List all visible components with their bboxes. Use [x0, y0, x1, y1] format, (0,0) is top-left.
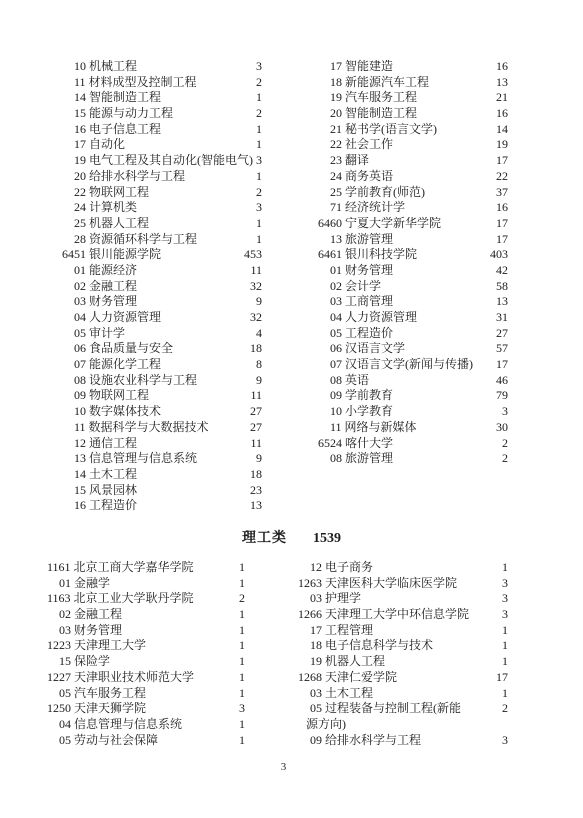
entry-label: 11 数据科学与大数据技术	[74, 420, 247, 436]
entry-label: 22 社会工作	[330, 137, 493, 153]
entry-count: 27	[250, 404, 262, 420]
major-row: 08 设施农业科学与工程9	[62, 373, 262, 389]
entry-count: 1	[502, 638, 508, 654]
entry-label: 07 能源化学工程	[74, 357, 253, 373]
school-row: 1161 北京工商大学嘉华学院1	[47, 560, 245, 576]
major-row: 01 能源经济11	[62, 263, 262, 279]
entry-label: 02 金融工程	[59, 607, 236, 623]
major-row: 25 机器人工程1	[62, 216, 262, 232]
entry-label: 06 汉语言文学	[330, 341, 493, 357]
entry-label: 03 财务管理	[74, 294, 253, 310]
entry-count: 32	[250, 310, 262, 326]
entry-label: 03 财务管理	[59, 623, 236, 639]
entry-count: 1	[256, 122, 262, 138]
entry-count: 27	[496, 326, 508, 342]
entry-label: 19 汽车服务工程	[330, 90, 493, 106]
entry-count: 2	[256, 106, 262, 122]
entry-label: 16 电子信息工程	[74, 122, 253, 138]
major-row: 13 信息管理与信息系统9	[62, 451, 262, 467]
major-row: 10 机械工程3	[62, 59, 262, 75]
major-row: 15 风景园林23	[62, 483, 262, 499]
entry-count: 1	[256, 137, 262, 153]
entry-label: 11 网络与新媒体	[330, 420, 493, 436]
entry-count: 1	[239, 560, 245, 576]
entry-label: 13 信息管理与信息系统	[74, 451, 253, 467]
document-page: 10 机械工程311 材料成型及控制工程214 智能制造工程115 能源与动力工…	[0, 0, 583, 818]
entry-count: 3	[502, 576, 508, 592]
entry-label: 05 过程装备与控制工程(新能	[310, 701, 499, 717]
entry-count: 1	[256, 90, 262, 106]
entry-label: 20 智能制造工程	[330, 106, 493, 122]
entry-count: 57	[496, 341, 508, 357]
entry-count: 58	[496, 279, 508, 295]
entry-count: 9	[256, 373, 262, 389]
major-row: 03 土木工程1	[298, 686, 508, 702]
section-header: 理工类1539	[0, 531, 583, 547]
major-row: 02 金融工程1	[47, 607, 245, 623]
major-row: 71 经济统计学16	[318, 200, 508, 216]
entry-label: 25 学前教育(师范)	[330, 185, 493, 201]
wrapped-line-row: 源方向)	[298, 717, 508, 733]
entry-label: 1161 北京工商大学嘉华学院	[47, 560, 236, 576]
entry-count: 3	[502, 404, 508, 420]
entry-label: 14 智能制造工程	[74, 90, 253, 106]
entry-label: 01 财务管理	[330, 263, 493, 279]
entry-count: 3	[502, 733, 508, 749]
entry-label: 18 电子信息科学与技术	[310, 638, 499, 654]
entry-count: 3	[502, 591, 508, 607]
entry-label: 05 汽车服务工程	[59, 686, 236, 702]
entry-count: 13	[496, 75, 508, 91]
entry-label: 03 护理学	[310, 591, 499, 607]
entry-label: 05 工程造价	[330, 326, 493, 342]
entry-count: 19	[496, 137, 508, 153]
entry-label: 07 汉语言文学(新闻与传播)	[330, 357, 493, 373]
entry-label: 18 新能源汽车工程	[330, 75, 493, 91]
entry-count: 17	[496, 153, 508, 169]
entry-count: 2	[502, 701, 508, 717]
entry-count: 1	[239, 623, 245, 639]
entry-count: 17	[496, 232, 508, 248]
major-row: 24 计算机类3	[62, 200, 262, 216]
entry-count: 37	[496, 185, 508, 201]
major-row: 17 智能建造16	[318, 59, 508, 75]
entry-label: 03 土木工程	[310, 686, 499, 702]
entry-label: 24 计算机类	[74, 200, 253, 216]
entry-count: 453	[244, 247, 262, 263]
major-row: 16 工程造价13	[62, 498, 262, 514]
entry-count: 21	[496, 90, 508, 106]
major-row: 02 会计学58	[318, 279, 508, 295]
entry-label: 12 电子商务	[310, 560, 499, 576]
major-row: 03 财务管理9	[62, 294, 262, 310]
entry-count: 22	[496, 169, 508, 185]
entry-count: 9	[256, 294, 262, 310]
entry-label: 20 给排水科学与工程	[74, 169, 253, 185]
entry-count: 13	[250, 498, 262, 514]
entry-label: 12 通信工程	[74, 436, 247, 452]
entry-count: 1	[239, 654, 245, 670]
entry-count: 30	[496, 420, 508, 436]
major-row: 14 智能制造工程1	[62, 90, 262, 106]
entry-count: 23	[250, 483, 262, 499]
major-row: 22 物联网工程2	[62, 185, 262, 201]
major-row: 12 电子商务1	[298, 560, 508, 576]
major-row: 06 汉语言文学57	[318, 341, 508, 357]
entry-label: 04 人力资源管理	[74, 310, 247, 326]
school-row: 6461 银川科技学院403	[318, 247, 508, 263]
entry-label: 02 金融工程	[74, 279, 247, 295]
entry-count: 13	[496, 294, 508, 310]
major-row: 25 学前教育(师范)37	[318, 185, 508, 201]
major-row: 03 护理学3	[298, 591, 508, 607]
entry-count: 1	[502, 686, 508, 702]
entry-count: 3	[256, 153, 262, 169]
entry-count: 1	[502, 560, 508, 576]
entry-count: 27	[250, 420, 262, 436]
major-row: 11 材料成型及控制工程2	[62, 75, 262, 91]
entry-label: 6461 银川科技学院	[318, 247, 487, 263]
entry-count: 3	[256, 200, 262, 216]
major-row: 20 智能制造工程16	[318, 106, 508, 122]
entry-label: 16 工程造价	[74, 498, 247, 514]
entry-count: 1	[256, 216, 262, 232]
major-row: 05 审计学4	[62, 326, 262, 342]
school-row: 1268 天津仁爱学院17	[298, 670, 508, 686]
entry-label: 6460 宁夏大学新华学院	[318, 216, 493, 232]
entry-count: 14	[496, 122, 508, 138]
entry-count: 9	[256, 451, 262, 467]
entry-count: 1	[239, 670, 245, 686]
entry-label: 17 工程管理	[310, 623, 499, 639]
major-row: 01 金融学1	[47, 576, 245, 592]
major-row: 18 电子信息科学与技术1	[298, 638, 508, 654]
school-row: 1163 北京工业大学耿丹学院2	[47, 591, 245, 607]
entry-label: 08 旅游管理	[330, 451, 499, 467]
entry-count: 1	[239, 638, 245, 654]
entry-label: 源方向)	[306, 717, 505, 733]
major-row: 04 人力资源管理32	[62, 310, 262, 326]
major-row: 18 新能源汽车工程13	[318, 75, 508, 91]
entry-count: 2	[256, 75, 262, 91]
major-row: 21 秘书学(语言文学)14	[318, 122, 508, 138]
major-row: 28 资源循环科学与工程1	[62, 232, 262, 248]
major-row: 03 财务管理1	[47, 623, 245, 639]
entry-label: 14 土木工程	[74, 467, 247, 483]
entry-count: 1	[239, 686, 245, 702]
major-row: 10 数字媒体技术27	[62, 404, 262, 420]
entry-label: 09 给排水科学与工程	[310, 733, 499, 749]
entry-label: 10 小学教育	[330, 404, 499, 420]
major-row: 02 金融工程32	[62, 279, 262, 295]
entry-count: 16	[496, 59, 508, 75]
entry-label: 01 金融学	[59, 576, 236, 592]
entry-label: 6524 喀什大学	[318, 436, 499, 452]
entry-count: 31	[496, 310, 508, 326]
entry-label: 25 机器人工程	[74, 216, 253, 232]
major-row: 19 电气工程及其自动化(智能电气)3	[62, 153, 262, 169]
entry-label: 17 智能建造	[330, 59, 493, 75]
major-row: 15 保险学1	[47, 654, 245, 670]
major-row: 19 汽车服务工程21	[318, 90, 508, 106]
major-row: 07 能源化学工程8	[62, 357, 262, 373]
school-row: 6460 宁夏大学新华学院17	[318, 216, 508, 232]
entry-count: 1	[502, 623, 508, 639]
entry-label: 1227 天津职业技术师范大学	[47, 670, 236, 686]
entry-count: 17	[496, 357, 508, 373]
entry-label: 10 机械工程	[74, 59, 253, 75]
entry-label: 19 机器人工程	[310, 654, 499, 670]
section-title: 理工类	[242, 531, 287, 546]
entry-count: 11	[250, 263, 262, 279]
entry-count: 2	[502, 436, 508, 452]
entry-label: 1250 天津天狮学院	[47, 701, 236, 717]
entry-count: 3	[239, 701, 245, 717]
major-row: 05 工程造价27	[318, 326, 508, 342]
school-row: 6524 喀什大学2	[318, 436, 508, 452]
entry-label: 06 食品质量与安全	[74, 341, 247, 357]
major-row: 11 网络与新媒体30	[318, 420, 508, 436]
school-row: 1263 天津医科大学临床医学院3	[298, 576, 508, 592]
entry-label: 1268 天津仁爱学院	[298, 670, 493, 686]
section-total-count: 1539	[313, 531, 341, 546]
entry-count: 79	[496, 388, 508, 404]
entry-count: 1	[256, 169, 262, 185]
entry-count: 16	[496, 200, 508, 216]
entry-count: 3	[256, 59, 262, 75]
entry-count: 1	[502, 654, 508, 670]
entry-label: 24 商务英语	[330, 169, 493, 185]
major-row: 01 财务管理42	[318, 263, 508, 279]
major-row: 09 学前教育79	[318, 388, 508, 404]
top-section-left-column: 10 机械工程311 材料成型及控制工程214 智能制造工程115 能源与动力工…	[62, 59, 262, 514]
major-row: 10 小学教育3	[318, 404, 508, 420]
major-row: 09 物联网工程11	[62, 388, 262, 404]
entry-count: 1	[239, 576, 245, 592]
major-row: 04 人力资源管理31	[318, 310, 508, 326]
major-row: 24 商务英语22	[318, 169, 508, 185]
major-row: 17 工程管理1	[298, 623, 508, 639]
major-row: 08 英语46	[318, 373, 508, 389]
major-row: 16 电子信息工程1	[62, 122, 262, 138]
major-row: 06 食品质量与安全18	[62, 341, 262, 357]
entry-label: 15 保险学	[59, 654, 236, 670]
entry-label: 1223 天津理工大学	[47, 638, 236, 654]
major-row: 04 信息管理与信息系统1	[47, 717, 245, 733]
entry-count: 1	[256, 232, 262, 248]
major-row: 14 土木工程18	[62, 467, 262, 483]
entry-count: 8	[256, 357, 262, 373]
entry-label: 1266 天津理工大学中环信息学院	[298, 607, 499, 623]
entry-label: 6451 银川能源学院	[62, 247, 241, 263]
major-row: 05 劳动与社会保障1	[47, 733, 245, 749]
entry-label: 1263 天津医科大学临床医学院	[298, 576, 499, 592]
entry-label: 71 经济统计学	[330, 200, 493, 216]
entry-count: 1	[239, 607, 245, 623]
page-number: 3	[0, 761, 567, 773]
entry-label: 09 物联网工程	[74, 388, 247, 404]
school-row: 6451 银川能源学院453	[62, 247, 262, 263]
major-row: 15 能源与动力工程2	[62, 106, 262, 122]
entry-label: 23 翻译	[330, 153, 493, 169]
entry-label: 13 旅游管理	[330, 232, 493, 248]
major-row: 07 汉语言文学(新闻与传播)17	[318, 357, 508, 373]
major-row: 03 工商管理13	[318, 294, 508, 310]
major-row: 11 数据科学与大数据技术27	[62, 420, 262, 436]
entry-label: 17 自动化	[74, 137, 253, 153]
entry-count: 18	[250, 341, 262, 357]
entry-count: 18	[250, 467, 262, 483]
major-row: 12 通信工程11	[62, 436, 262, 452]
entry-count: 16	[496, 106, 508, 122]
major-row: 08 旅游管理2	[318, 451, 508, 467]
entry-count: 3	[502, 607, 508, 623]
major-row: 09 给排水科学与工程3	[298, 733, 508, 749]
entry-count: 403	[490, 247, 508, 263]
major-row: 22 社会工作19	[318, 137, 508, 153]
entry-label: 08 英语	[330, 373, 493, 389]
entry-count: 1	[239, 733, 245, 749]
entry-label: 15 能源与动力工程	[74, 106, 253, 122]
entry-count: 42	[496, 263, 508, 279]
entry-count: 1	[239, 717, 245, 733]
major-row: 05 过程装备与控制工程(新能2	[298, 701, 508, 717]
school-row: 1227 天津职业技术师范大学1	[47, 670, 245, 686]
entry-label: 21 秘书学(语言文学)	[330, 122, 493, 138]
entry-label: 04 人力资源管理	[330, 310, 493, 326]
entry-count: 11	[250, 388, 262, 404]
entry-count: 2	[256, 185, 262, 201]
entry-label: 10 数字媒体技术	[74, 404, 247, 420]
entry-label: 08 设施农业科学与工程	[74, 373, 253, 389]
entry-count: 32	[250, 279, 262, 295]
entry-count: 4	[256, 326, 262, 342]
entry-label: 28 资源循环科学与工程	[74, 232, 253, 248]
entry-count: 46	[496, 373, 508, 389]
major-row: 20 给排水科学与工程1	[62, 169, 262, 185]
school-row: 1250 天津天狮学院3	[47, 701, 245, 717]
entry-label: 1163 北京工业大学耿丹学院	[47, 591, 236, 607]
entry-label: 04 信息管理与信息系统	[59, 717, 236, 733]
entry-label: 09 学前教育	[330, 388, 493, 404]
major-row: 19 机器人工程1	[298, 654, 508, 670]
entry-label: 01 能源经济	[74, 263, 247, 279]
entry-label: 22 物联网工程	[74, 185, 253, 201]
major-row: 13 旅游管理17	[318, 232, 508, 248]
entry-label: 05 劳动与社会保障	[59, 733, 236, 749]
entry-label: 05 审计学	[74, 326, 253, 342]
major-row: 23 翻译17	[318, 153, 508, 169]
entry-count: 17	[496, 670, 508, 686]
entry-count: 11	[250, 436, 262, 452]
entry-count: 2	[239, 591, 245, 607]
entry-label: 03 工商管理	[330, 294, 493, 310]
school-row: 1223 天津理工大学1	[47, 638, 245, 654]
major-row: 17 自动化1	[62, 137, 262, 153]
bottom-section-right-column: 12 电子商务11263 天津医科大学临床医学院303 护理学31266 天津理…	[298, 560, 508, 748]
bottom-section-left-column: 1161 北京工商大学嘉华学院101 金融学11163 北京工业大学耿丹学院20…	[47, 560, 245, 748]
entry-label: 02 会计学	[330, 279, 493, 295]
top-section-right-column: 17 智能建造1618 新能源汽车工程1319 汽车服务工程2120 智能制造工…	[318, 59, 508, 467]
entry-count: 2	[502, 451, 508, 467]
entry-label: 19 电气工程及其自动化(智能电气)	[74, 153, 253, 169]
entry-count: 17	[496, 216, 508, 232]
entry-label: 15 风景园林	[74, 483, 247, 499]
major-row: 05 汽车服务工程1	[47, 686, 245, 702]
entry-label: 11 材料成型及控制工程	[74, 75, 253, 91]
school-row: 1266 天津理工大学中环信息学院3	[298, 607, 508, 623]
